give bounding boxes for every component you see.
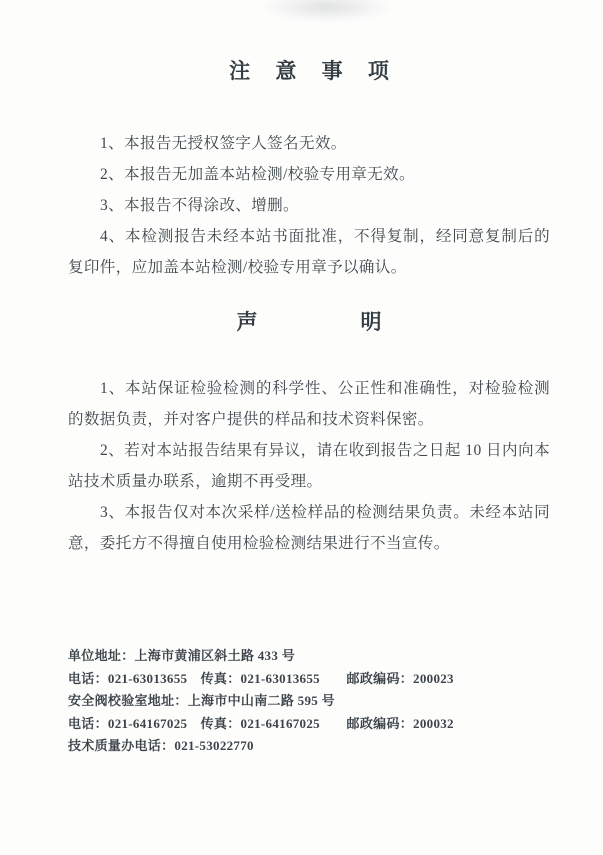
notice-section-title: 注 意 事 项 (68, 58, 550, 84)
footer-phone-line: 技术质量办电话：021-53022770 (68, 735, 603, 758)
contact-info-footer: 单位地址：上海市黄浦区斜土路 433 号 电话：021-63013655 传真：… (0, 645, 603, 758)
footer-phone-line: 电话：021-63013655 传真：021-63013655 邮政编码：200… (68, 668, 603, 691)
notice-item: 4、本检测报告未经本站书面批准，不得复制，经同意复制后的复印件，应加盖本站检测/… (68, 221, 550, 283)
footer-address-line: 安全阀校验室地址：上海市中山南二路 595 号 (68, 690, 603, 713)
notice-item: 1、本报告无授权签字人签名无效。 (68, 128, 550, 159)
statement-section-title: 声 明 (68, 309, 550, 335)
page-content: 注 意 事 项 1、本报告无授权签字人签名无效。 2、本报告无加盖本站检测/校验… (0, 0, 603, 559)
statement-item: 2、若对本站报告结果有异议，请在收到报告之日起 10 日内向本站技术质量办联系，… (68, 435, 550, 497)
notice-item: 2、本报告无加盖本站检测/校验专用章无效。 (68, 159, 550, 190)
statement-section: 1、本站保证检验检测的科学性、公正性和准确性，对检验检测的数据负责，并对客户提供… (68, 373, 550, 559)
notice-section: 1、本报告无授权签字人签名无效。 2、本报告无加盖本站检测/校验专用章无效。 3… (68, 128, 550, 283)
notice-item: 3、本报告不得涂改、增删。 (68, 190, 550, 221)
footer-phone-line: 电话：021-64167025 传真：021-64167025 邮政编码：200… (68, 713, 603, 736)
statement-item: 1、本站保证检验检测的科学性、公正性和准确性，对检验检测的数据负责，并对客户提供… (68, 373, 550, 435)
document-page: 注 意 事 项 1、本报告无授权签字人签名无效。 2、本报告无加盖本站检测/校验… (0, 0, 603, 855)
footer-address-line: 单位地址：上海市黄浦区斜土路 433 号 (68, 645, 603, 668)
statement-item: 3、本报告仅对本次采样/送检样品的检测结果负责。未经本站同意，委托方不得擅自使用… (68, 497, 550, 559)
